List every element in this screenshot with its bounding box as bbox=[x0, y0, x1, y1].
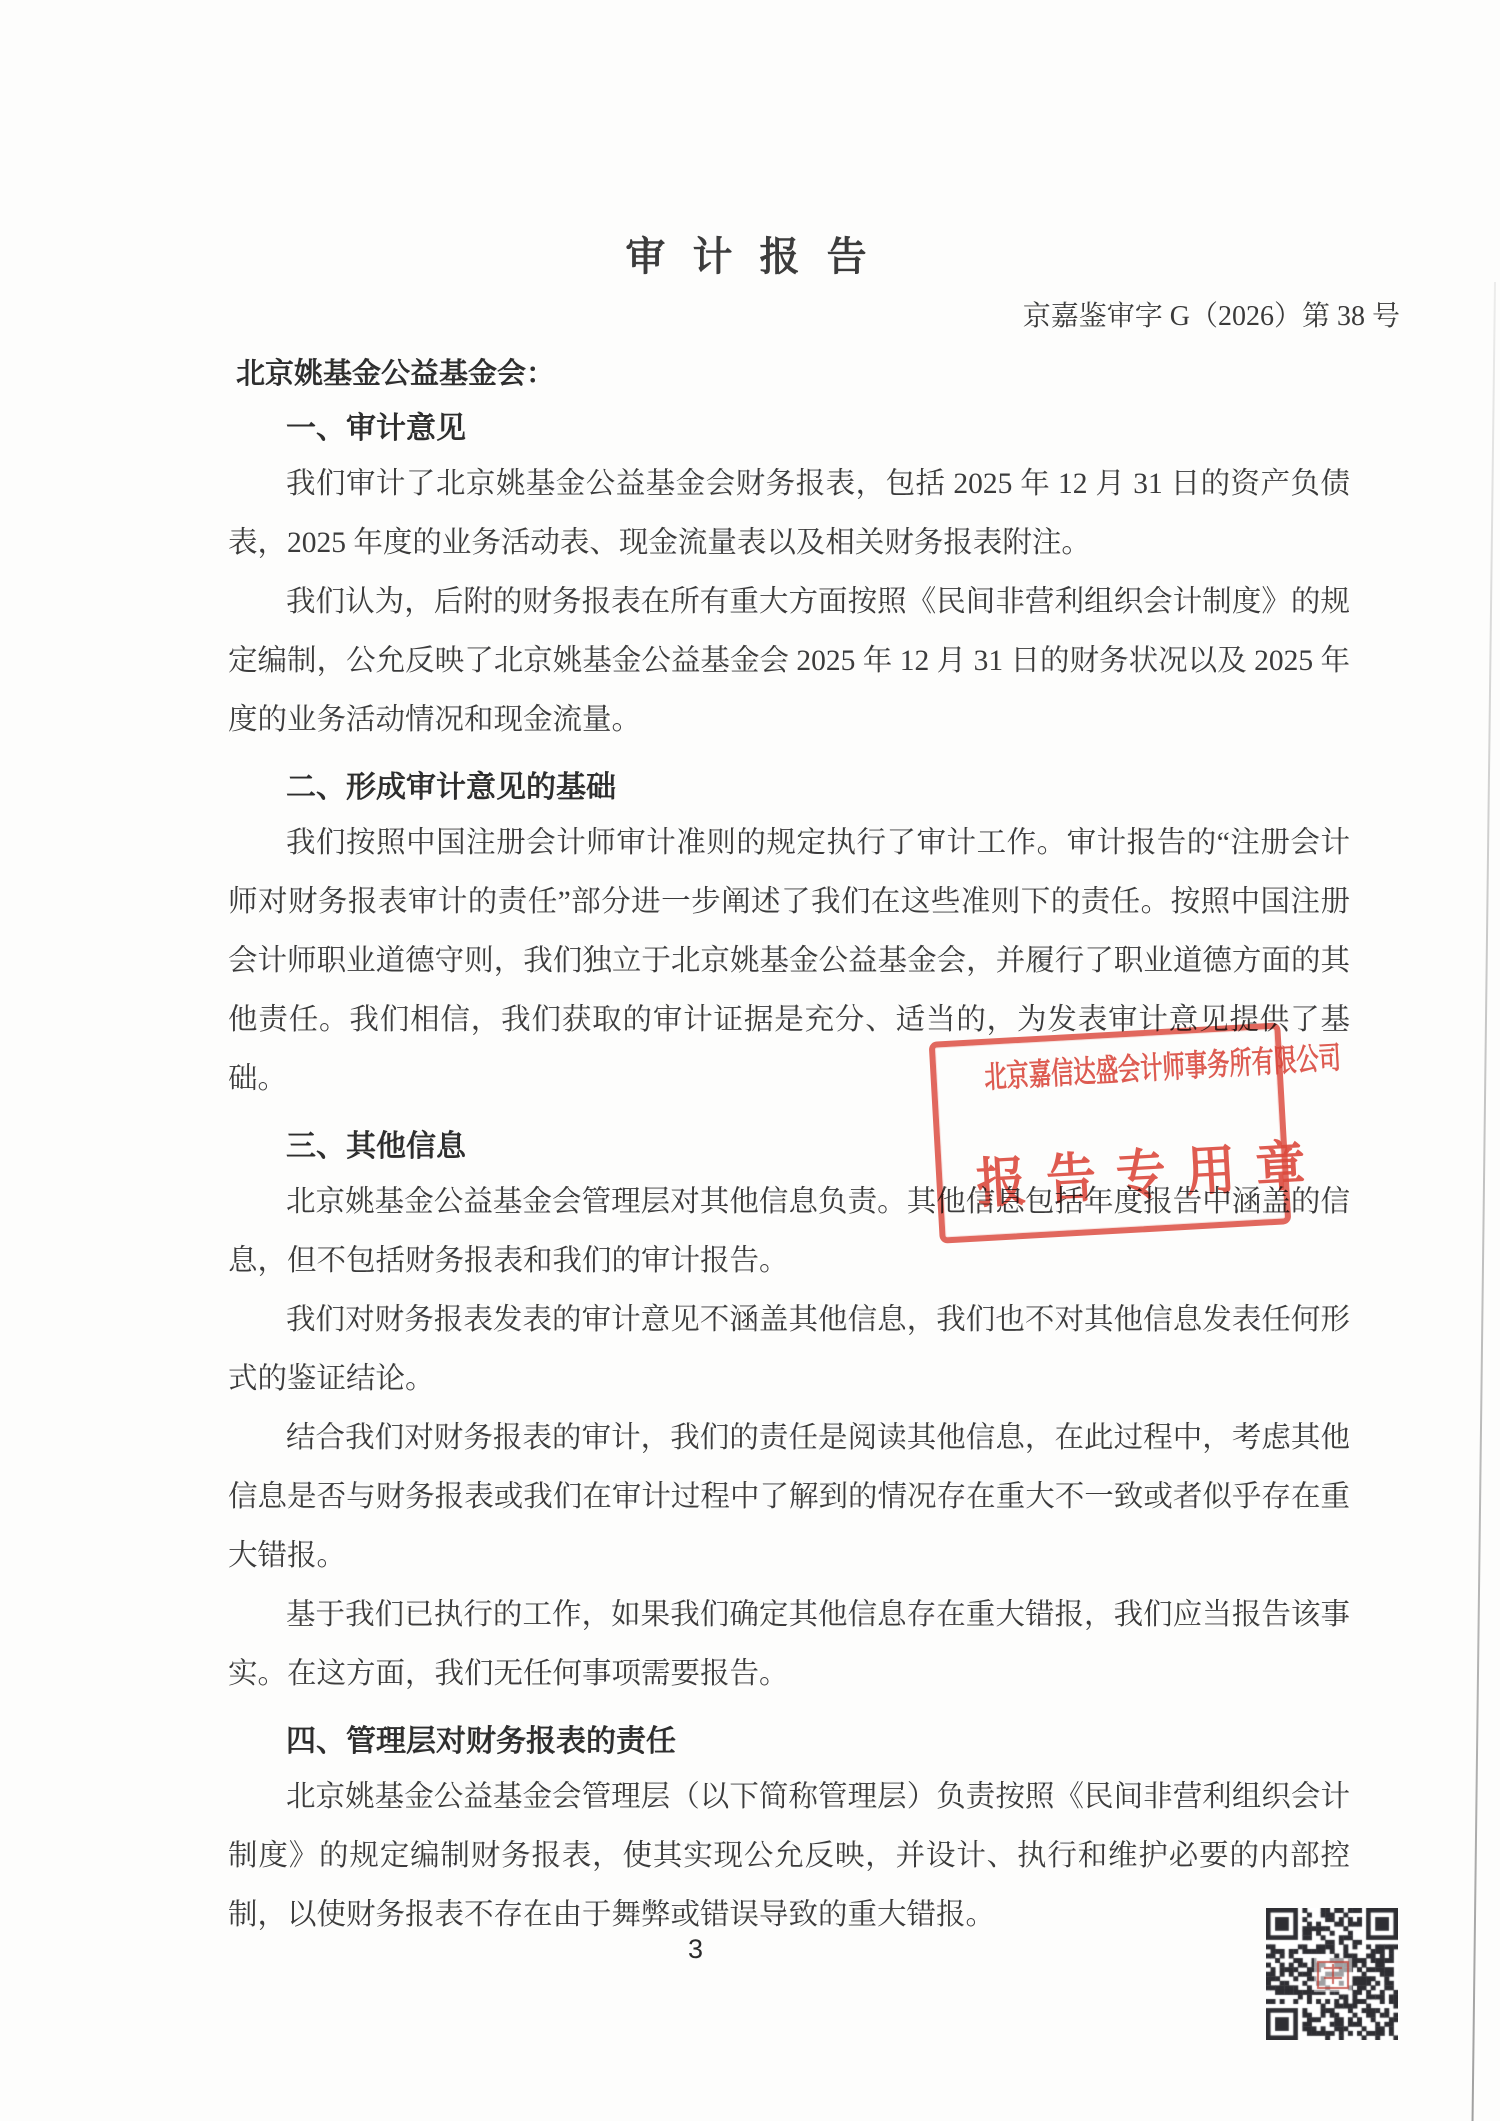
section-heading: 一、审计意见 bbox=[228, 411, 1350, 447]
paragraph: 我们审计了北京姚基金公益基金会财务报表，包括 2025 年 12 月 31 日的… bbox=[228, 455, 1350, 573]
section-audit-opinion: 一、审计意见 我们审计了北京姚基金公益基金会财务报表，包括 2025 年 12 … bbox=[228, 411, 1350, 750]
paragraph: 我们认为，后附的财务报表在所有重大方面按照《民间非营利组织会计制度》的规定编制，… bbox=[228, 573, 1350, 750]
paragraph: 结合我们对财务报表的审计，我们的责任是阅读其他信息，在此过程中，考虑其他信息是否… bbox=[228, 1409, 1350, 1586]
paragraph: 我们按照中国注册会计师审计准则的规定执行了审计工作。审计报告的“注册会计师对财务… bbox=[228, 814, 1350, 1109]
section-heading: 三、其他信息 bbox=[228, 1129, 1350, 1165]
document-body: 北京姚基金公益基金会： 一、审计意见 我们审计了北京姚基金公益基金会财务报表，包… bbox=[228, 357, 1350, 1945]
qr-code-icon bbox=[1266, 1908, 1398, 2040]
section-heading: 二、形成审计意见的基础 bbox=[228, 770, 1350, 806]
document-title: 审 计 报 告 bbox=[0, 235, 1500, 279]
reference-number: 京嘉鉴审字 G（2026）第 38 号 bbox=[0, 301, 1400, 333]
document-page: 审 计 报 告 京嘉鉴审字 G（2026）第 38 号 北京姚基金公益基金会： … bbox=[0, 0, 1500, 2121]
paragraph: 北京姚基金公益基金会管理层（以下简称管理层）负责按照《民间非营利组织会计制度》的… bbox=[228, 1768, 1350, 1945]
section-heading: 四、管理层对财务报表的责任 bbox=[228, 1724, 1350, 1760]
paragraph: 北京姚基金公益基金会管理层对其他信息负责。其他信息包括年度报告中涵盖的信息，但不… bbox=[228, 1173, 1350, 1291]
section-other-information: 三、其他信息 北京姚基金公益基金会管理层对其他信息负责。其他信息包括年度报告中涵… bbox=[228, 1129, 1350, 1704]
section-management-responsibility: 四、管理层对财务报表的责任 北京姚基金公益基金会管理层（以下简称管理层）负责按照… bbox=[228, 1724, 1350, 1945]
scan-artifact-line-icon bbox=[1471, 282, 1496, 2121]
addressee: 北京姚基金公益基金会： bbox=[236, 357, 1350, 391]
section-basis-for-opinion: 二、形成审计意见的基础 我们按照中国注册会计师审计准则的规定执行了审计工作。审计… bbox=[228, 770, 1350, 1109]
paragraph: 基于我们已执行的工作，如果我们确定其他信息存在重大错报，我们应当报告该事实。在这… bbox=[228, 1586, 1350, 1704]
paragraph: 我们对财务报表发表的审计意见不涵盖其他信息，我们也不对其他信息发表任何形式的鉴证… bbox=[228, 1291, 1350, 1409]
page-number: 3 bbox=[688, 1934, 703, 1965]
